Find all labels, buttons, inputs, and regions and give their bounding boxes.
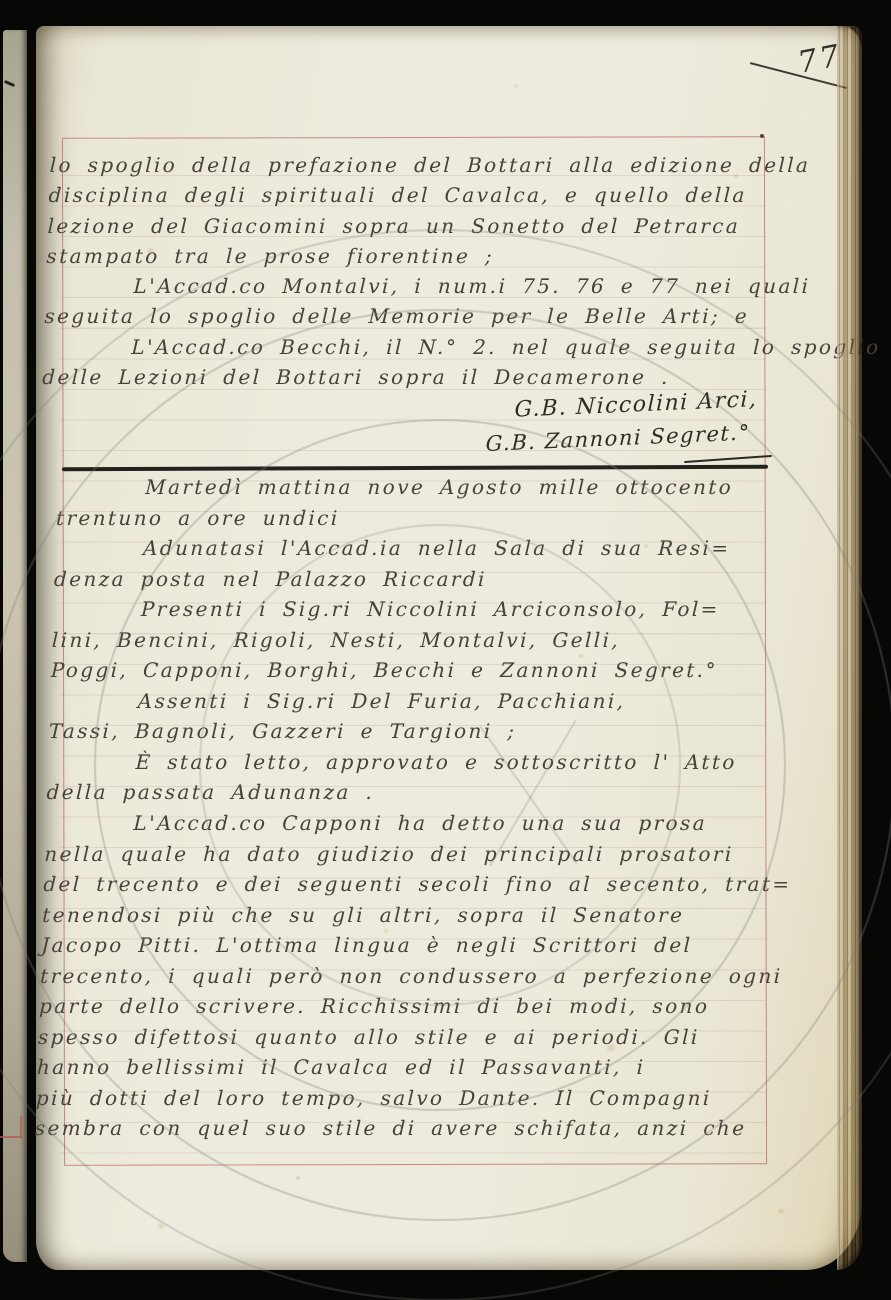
section-previous-minutes: lo spoglio della prefazione del Bottari … [42,150,795,392]
manuscript-line: Adunatasi l'Accad.ia nella Sala di sua R… [55,533,806,564]
manuscript-page: 77 lo spoglio della prefazione del Botta… [36,26,862,1270]
manuscript-line: del trecento e dei seguenti secoli fino … [43,869,794,900]
manuscript-line: parte dello scrivere. Ricchissimi di bei… [39,991,790,1022]
manuscript-line: L'Accad.co Capponi ha detto una sua pros… [45,808,796,839]
manuscript-line: Poggi, Capponi, Borghi, Becchi e Zannoni… [50,655,801,686]
manuscript-line: della passata Adunanza . [46,777,797,808]
signature-block: G.B. Niccolini Arci, G.B. Zannoni Segret… [485,384,758,460]
manuscript-line: sembra con quel suo stile di avere schif… [34,1113,785,1144]
section-session-minutes: Martedì mattina nove Agosto mille ottoce… [34,472,807,1144]
manuscript-line: disciplina degli spirituali del Cavalca,… [48,180,794,210]
manuscript-line: trecento, i quali però non condussero a … [40,961,791,992]
manuscript-line: Tassi, Bagnoli, Gazzeri e Targioni ; [48,716,799,747]
manuscript-line: tenendosi più che su gli altri, sopra il… [42,900,793,931]
manuscript-line: L'Accad.co Montalvi, i num.i 75. 76 e 77… [45,271,791,301]
manuscript-line: più dotti del loro tempo, salvo Dante. I… [35,1083,786,1114]
adjacent-page-red-rule [0,1136,22,1138]
manuscript-line: hanno bellissimi il Cavalca ed il Passav… [36,1052,787,1083]
manuscript-line: Assenti i Sig.ri Del Furia, Pacchiani, [49,686,800,717]
manuscript-line: trentuno a ore undici [56,503,807,534]
manuscript-line: Presenti i Sig.ri Niccolini Arciconsolo,… [52,594,803,625]
adjacent-page-red-rule-corner [20,1116,22,1138]
page-edge-deckle [837,26,862,1270]
manuscript-line: Martedì mattina nove Agosto mille ottoce… [57,472,808,503]
manuscript-scan: 77 lo spoglio della prefazione del Botta… [0,0,891,1300]
manuscript-line: nella quale ha dato giudizio dei princip… [44,839,795,870]
manuscript-line: lini, Bencini, Rigoli, Nesti, Montalvi, … [51,625,802,656]
ink-mark [4,80,15,87]
manuscript-line: lo spoglio della prefazione del Bottari … [49,150,795,180]
manuscript-line: lezione del Giacomini sopra un Sonetto d… [47,211,793,241]
manuscript-line: seguita lo spoglio delle Memorie per le … [44,301,790,331]
manuscript-line: denza posta nel Palazzo Riccardi [53,564,804,595]
previous-page-edge [3,30,27,1262]
manuscript-line: stampato tra le prose fiorentine ; [46,241,792,271]
manuscript-line: È stato letto, approvato e sottoscritto … [47,747,798,778]
manuscript-line: L'Accad.co Becchi, il N.° 2. nel quale s… [43,332,789,362]
manuscript-line: spesso difettosi quanto allo stile e ai … [37,1022,788,1053]
manuscript-line: Jacopo Pitti. L'ottima lingua è negli Sc… [41,930,792,961]
